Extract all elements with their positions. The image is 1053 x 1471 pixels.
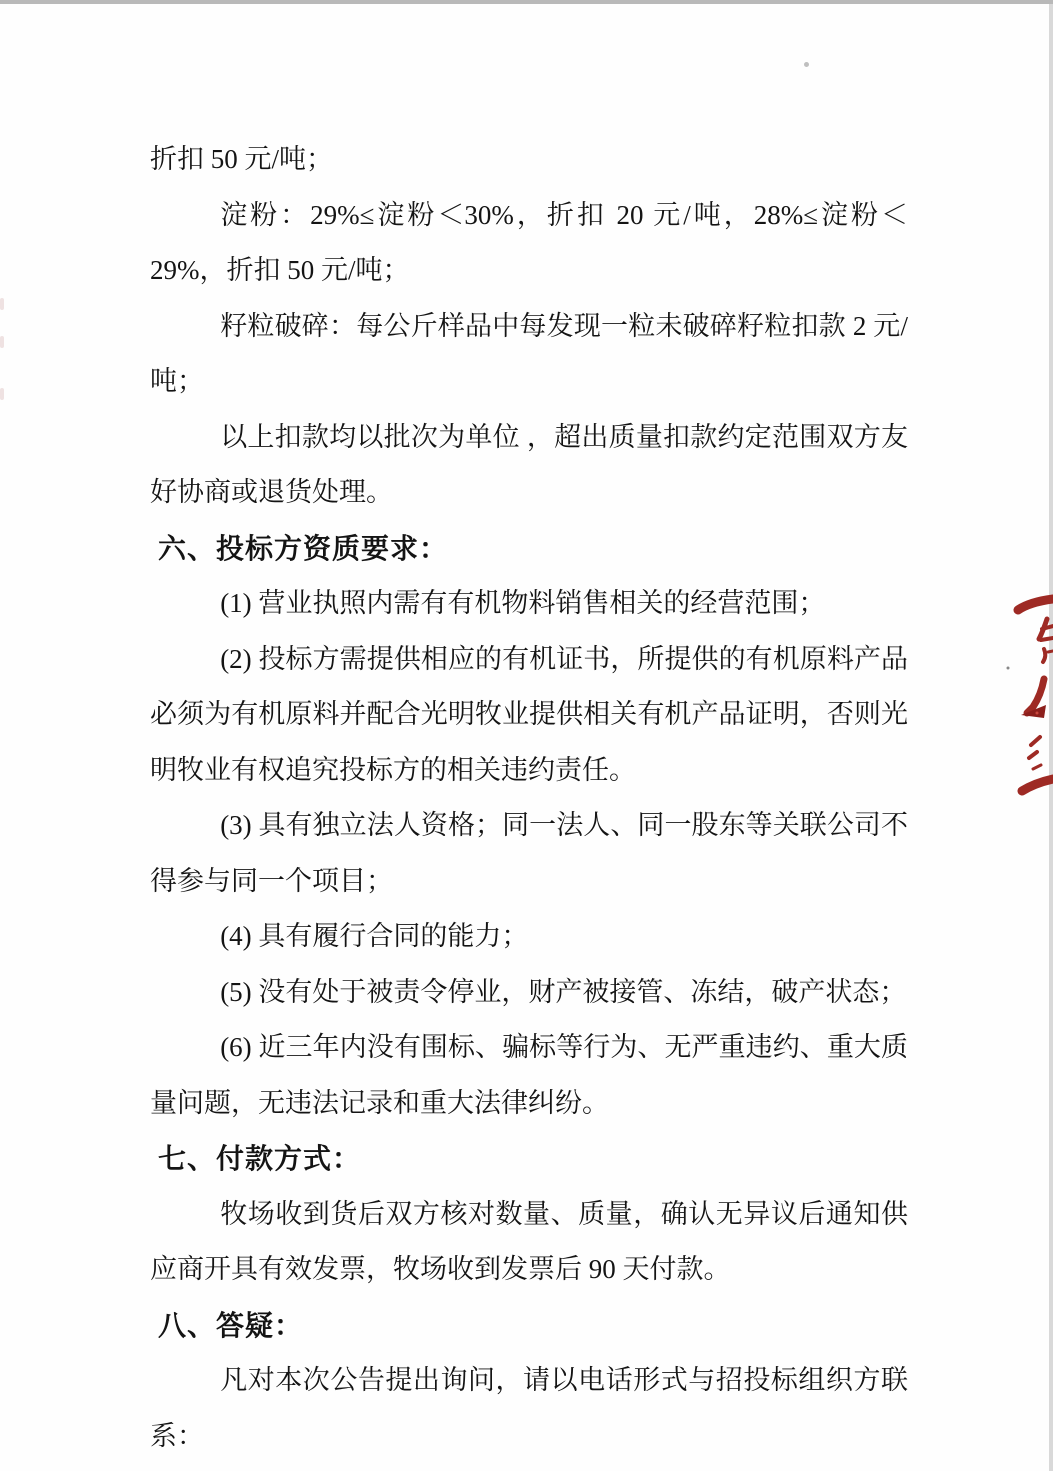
paragraph: 凡对本次公告提出询问，请以电话形式与招投标组织方联系： bbox=[150, 1353, 908, 1464]
section-heading: 七、付款方式： bbox=[150, 1131, 908, 1187]
paragraph: 淀粉：29%≤淀粉＜30%，折扣 20 元/吨，28%≤淀粉＜29%，折扣 50… bbox=[150, 188, 908, 299]
scan-edge-mark bbox=[0, 336, 4, 348]
red-ink-annotation bbox=[1000, 555, 1053, 820]
paragraph: 折扣 50 元/吨； bbox=[150, 132, 908, 188]
paragraph: (6) 近三年内没有围标、骗标等行为、无严重违约、重大质量问题，无违法记录和重大… bbox=[150, 1020, 908, 1131]
paragraph: 籽粒破碎：每公斤样品中每发现一粒未破碎籽粒扣款 2 元/吨； bbox=[150, 299, 908, 410]
paragraph: 以上扣款均以批次为单位 ，超出质量扣款约定范围双方友好协商或退货处理。 bbox=[150, 410, 908, 521]
section-heading: 六、投标方资质要求： bbox=[150, 521, 908, 577]
document-text: 折扣 50 元/吨； 淀粉：29%≤淀粉＜30%，折扣 20 元/吨，28%≤淀… bbox=[150, 132, 908, 1464]
scan-speck bbox=[804, 62, 809, 67]
paragraph: (2) 投标方需提供相应的有机证书，所提供的有机原料产品必须为有机原料并配合光明… bbox=[150, 632, 908, 799]
paragraph: (3) 具有独立法人资格；同一法人、同一股东等关联公司不得参与同一个项目； bbox=[150, 798, 908, 909]
scanned-document-page: 折扣 50 元/吨； 淀粉：29%≤淀粉＜30%，折扣 20 元/吨，28%≤淀… bbox=[0, 0, 1053, 1471]
paragraph: (4) 具有履行合同的能力； bbox=[150, 909, 908, 965]
scan-edge-mark bbox=[0, 388, 4, 400]
section-heading: 八、答疑： bbox=[150, 1298, 908, 1354]
scan-edge-mark bbox=[0, 298, 4, 310]
paragraph: (1) 营业执照内需有有机物料销售相关的经营范围； bbox=[150, 576, 908, 632]
paragraph: 牧场收到货后双方核对数量、质量，确认无异议后通知供应商开具有效发票，牧场收到发票… bbox=[150, 1187, 908, 1298]
paragraph: (5) 没有处于被责令停业，财产被接管、冻结，破产状态； bbox=[150, 965, 908, 1021]
scan-top-edge bbox=[0, 0, 1053, 4]
